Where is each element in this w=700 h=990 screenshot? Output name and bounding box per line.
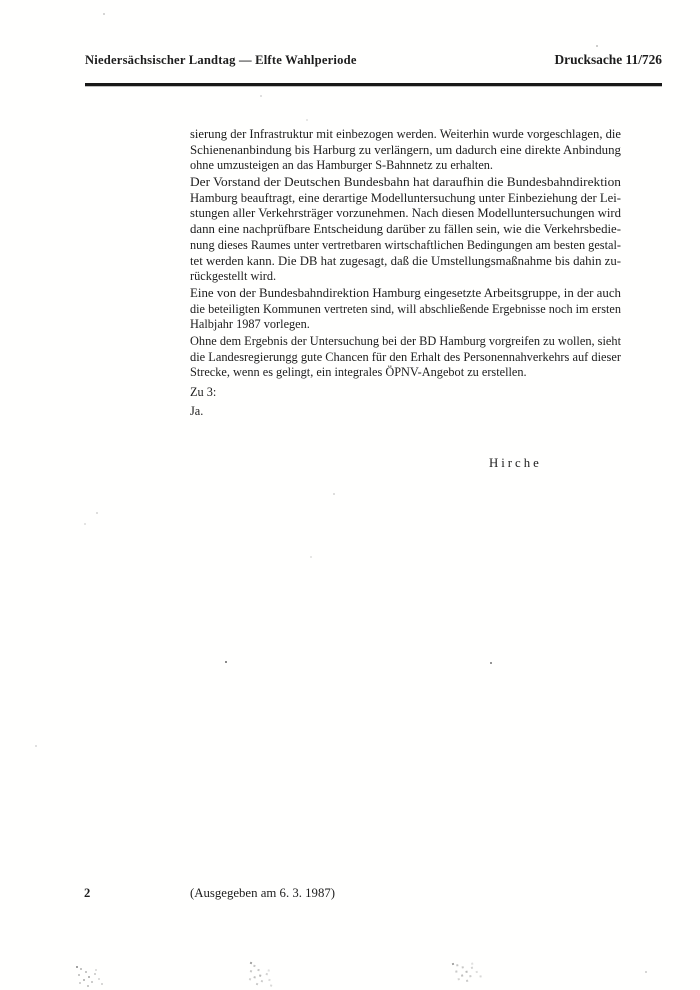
scan-noise-dot bbox=[333, 493, 335, 495]
scan-noise-dot bbox=[310, 556, 312, 558]
page-number: 2 bbox=[84, 886, 90, 901]
answer-text: Ja. bbox=[190, 404, 621, 420]
header-rule bbox=[85, 83, 662, 86]
scan-noise-dot bbox=[103, 13, 105, 15]
paragraph-line: die beteiligten Kommunen vertreten sind,… bbox=[190, 302, 621, 318]
section-label: Zu 3: bbox=[190, 385, 621, 401]
paragraph-line-text: die Landesregierungg gute Chancen für de… bbox=[190, 350, 621, 366]
scan-noise-dot bbox=[35, 745, 37, 747]
paragraph: sierung der Infrastruktur mit einbezogen… bbox=[190, 127, 621, 174]
paragraph-line-text: nung dieses Raumes unter vertretbaren wi… bbox=[190, 238, 621, 254]
paragraph-line-text: die beteiligten Kommunen vertreten sind,… bbox=[190, 302, 621, 318]
paragraph-line-text: Halbjahr 1987 vorlegen. bbox=[190, 317, 310, 333]
paragraph-line: Der Vorstand der Deutschen Bundesbahn ha… bbox=[190, 175, 621, 191]
paragraph-line: stungen aller Verkehrsträger vorzunehmen… bbox=[190, 206, 621, 222]
paragraph-line: die Landesregierungg gute Chancen für de… bbox=[190, 350, 621, 366]
paragraph-line-text: Ohne dem Ergebnis der Untersuchung bei d… bbox=[190, 334, 621, 350]
paragraph-line-text: Hamburg beauftragt, eine derartige Model… bbox=[190, 191, 621, 207]
paragraph-line: Eine von der Bundesbahndirektion Hamburg… bbox=[190, 286, 621, 302]
paragraph-line: sierung der Infrastruktur mit einbezogen… bbox=[190, 127, 621, 143]
scan-noise-cluster bbox=[452, 963, 454, 965]
document-header: Niedersächsischer Landtag — Elfte Wahlpe… bbox=[85, 52, 662, 68]
paragraph-line: Ohne dem Ergebnis der Untersuchung bei d… bbox=[190, 334, 621, 350]
paragraph-line: nung dieses Raumes unter vertretbaren wi… bbox=[190, 238, 621, 254]
paragraph-line: ohne umzusteigen an das Hamburger S-Bahn… bbox=[190, 158, 621, 174]
paragraph-line: rückgestellt wird. bbox=[190, 269, 621, 285]
paragraph-line-text: tet werden kann. Die DB hat zugesagt, da… bbox=[190, 254, 621, 270]
paragraph-line-text: Strecke, wenn es gelingt, ein integrales… bbox=[190, 365, 527, 381]
document-body: sierung der Infrastruktur mit einbezogen… bbox=[190, 127, 621, 419]
paragraph: Ohne dem Ergebnis der Untersuchung bei d… bbox=[190, 334, 621, 381]
paragraphs-container: sierung der Infrastruktur mit einbezogen… bbox=[190, 127, 621, 381]
paragraph-line: dann eine nachprüfbare Entscheidung darü… bbox=[190, 222, 621, 238]
paragraph-line-text: ohne umzusteigen an das Hamburger S-Bahn… bbox=[190, 158, 493, 174]
scan-noise-dot bbox=[84, 523, 86, 525]
paragraph-line-text: dann eine nachprüfbare Entscheidung darü… bbox=[190, 222, 621, 238]
paragraph-line: Hamburg beauftragt, eine derartige Model… bbox=[190, 191, 621, 207]
issue-date-note: (Ausgegeben am 6. 3. 1987) bbox=[190, 886, 335, 901]
paragraph: Der Vorstand der Deutschen Bundesbahn ha… bbox=[190, 175, 621, 285]
scan-noise-dot bbox=[96, 512, 98, 514]
scan-noise-dot bbox=[645, 971, 647, 973]
paragraph-line-text: Schienenanbindung bis Harburg zu verläng… bbox=[190, 143, 621, 159]
paragraph-line: Halbjahr 1987 vorlegen. bbox=[190, 317, 621, 333]
paragraph-line: Strecke, wenn es gelingt, ein integrales… bbox=[190, 365, 621, 381]
scan-noise-dot bbox=[596, 45, 598, 47]
paragraph: Eine von der Bundesbahndirektion Hamburg… bbox=[190, 286, 621, 333]
scan-noise-cluster bbox=[76, 966, 78, 968]
document-page: Niedersächsischer Landtag — Elfte Wahlpe… bbox=[0, 0, 700, 990]
paragraph-line-text: Eine von der Bundesbahndirektion Hamburg… bbox=[190, 286, 621, 302]
scan-noise-dot bbox=[225, 661, 227, 663]
paragraph-line-text: rückgestellt wird. bbox=[190, 269, 276, 285]
paragraph-line: Schienenanbindung bis Harburg zu verläng… bbox=[190, 143, 621, 159]
signature-name: Hirche bbox=[489, 456, 542, 471]
header-right-docnumber: Drucksache 11/726 bbox=[555, 52, 663, 68]
paragraph-line-text: sierung der Infrastruktur mit einbezogen… bbox=[190, 127, 621, 143]
scan-noise-cluster bbox=[250, 962, 252, 964]
header-left-title: Niedersächsischer Landtag — Elfte Wahlpe… bbox=[85, 53, 357, 68]
paragraph-line: tet werden kann. Die DB hat zugesagt, da… bbox=[190, 254, 621, 270]
scan-noise-dot bbox=[260, 95, 262, 97]
scan-noise-dot bbox=[490, 662, 492, 664]
scan-noise-dot bbox=[306, 119, 308, 121]
paragraph-line-text: Der Vorstand der Deutschen Bundesbahn ha… bbox=[190, 175, 621, 191]
paragraph-line-text: stungen aller Verkehrsträger vorzunehmen… bbox=[190, 206, 621, 222]
